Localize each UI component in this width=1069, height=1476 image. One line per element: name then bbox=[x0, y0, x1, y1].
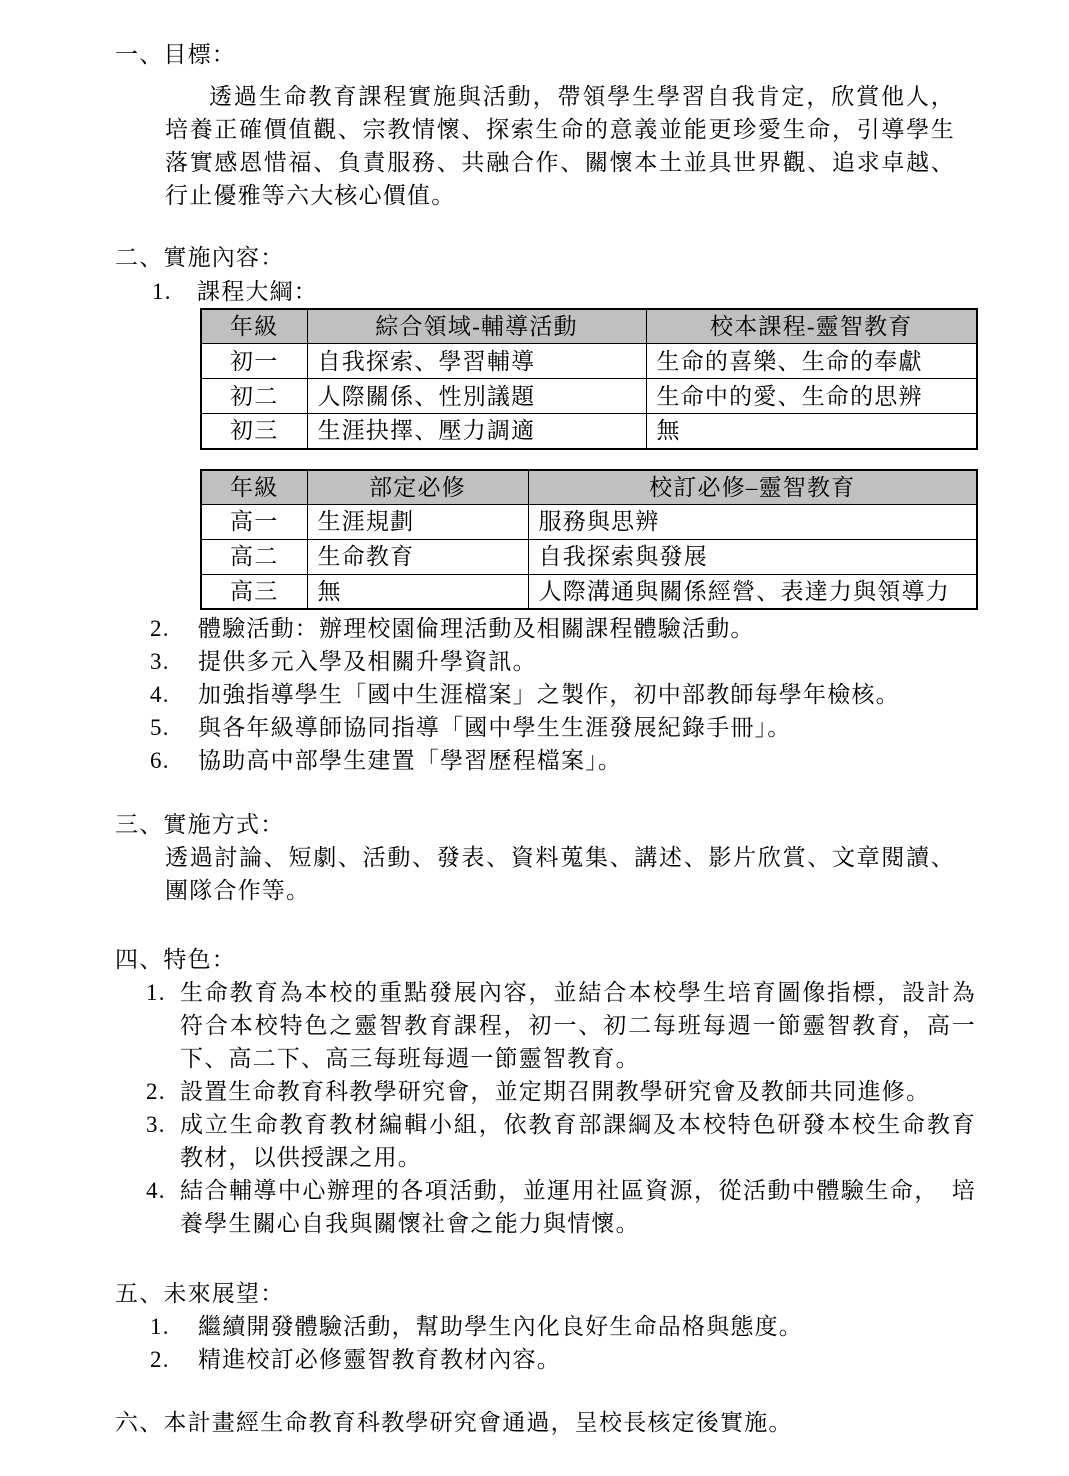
list-number: 1. bbox=[150, 1310, 198, 1343]
list-item: 1.繼續開發體驗活動，幫助學生內化良好生命品格與態度。 bbox=[150, 1310, 1069, 1343]
list-item-text: 加強指導學生「國中生涯檔案」之製作，初中部教師每學年檢核。 bbox=[198, 682, 900, 707]
table-row: 高三 無 人際溝通與關係經營、表達力與領導力 bbox=[201, 574, 977, 609]
list-number: 4. bbox=[150, 678, 198, 711]
list-item: 1.生命教育為本校的重點發展內容，並結合本校學生培育圖像指標，設計為符合本校特色… bbox=[180, 976, 976, 1075]
curriculum-table-senior: 年級 部定必修 校訂必修–靈智教育 高一 生涯規劃 服務與思辨 高二 生命教育 … bbox=[200, 469, 978, 611]
header-cell-school-required: 校訂必修–靈智教育 bbox=[528, 470, 977, 505]
table-row: 初三 生涯抉擇、壓力調適 無 bbox=[201, 414, 977, 449]
cell-domain: 生涯抉擇、壓力調適 bbox=[307, 414, 646, 449]
cell-course: 生命的喜樂、生命的奉獻 bbox=[646, 344, 977, 379]
list-number: 6. bbox=[150, 744, 198, 777]
list-item-text: 成立生命教育教材編輯小組，依教育部課綱及本校特色研發本校生命教育教材，以供授課之… bbox=[180, 1112, 976, 1170]
section-future-heading: 五、未來展望： bbox=[115, 1277, 1069, 1310]
list-item-text: 提供多元入學及相關升學資訊。 bbox=[198, 649, 537, 674]
list-item-text: 設置生命教育科教學研究會，並定期召開教學研究會及教師共同進修。 bbox=[180, 1079, 930, 1104]
section-method-heading: 三、實施方式： bbox=[115, 808, 1069, 841]
cell-grade: 高三 bbox=[201, 574, 307, 609]
section-goal-body: 透過生命教育課程實施與活動，帶領學生學習自我肯定，欣賞他人，培養正確價值觀、宗教… bbox=[165, 80, 955, 212]
list-number: 2. bbox=[150, 612, 198, 645]
cell-grade: 高二 bbox=[201, 539, 307, 574]
list-item-text: 與各年級導師協同指導「國中學生生涯發展紀錄手冊」。 bbox=[198, 715, 792, 740]
list-item: 2.精進校訂必修靈智教育教材內容。 bbox=[150, 1343, 1069, 1376]
cell-domain: 自我探索、學習輔導 bbox=[307, 344, 646, 379]
curriculum-outline-label: 課程大綱： bbox=[197, 279, 318, 304]
header-cell-grade: 年級 bbox=[201, 470, 307, 505]
cell-grade: 高一 bbox=[201, 504, 307, 539]
cell-school-required: 人際溝通與關係經營、表達力與領導力 bbox=[528, 574, 977, 609]
curriculum-outline-item: 1.課程大綱： bbox=[152, 275, 1069, 308]
list-item-text: 結合輔導中心辦理的各項活動，並運用社區資源，從活動中體驗生命， 培養學生關心自我… bbox=[180, 1178, 976, 1236]
table-row: 高二 生命教育 自我探索與發展 bbox=[201, 539, 977, 574]
list-item: 4.結合輔導中心辦理的各項活動，並運用社區資源，從活動中體驗生命， 培養學生關心… bbox=[180, 1174, 976, 1240]
cell-grade: 初一 bbox=[201, 344, 307, 379]
table-row: 初一 自我探索、學習輔導 生命的喜樂、生命的奉獻 bbox=[201, 344, 977, 379]
list-number: 1. bbox=[152, 275, 197, 308]
header-cell-grade: 年級 bbox=[201, 309, 307, 344]
document-page: 一、目標： 透過生命教育課程實施與活動，帶領學生學習自我肯定，欣賞他人，培養正確… bbox=[0, 0, 1069, 1476]
list-item-text: 精進校訂必修靈智教育教材內容。 bbox=[198, 1347, 561, 1372]
cell-domain: 人際關係、性別議題 bbox=[307, 379, 646, 414]
list-number: 5. bbox=[150, 711, 198, 744]
list-item-text: 生命教育為本校的重點發展內容，並結合本校學生培育圖像指標，設計為符合本校特色之靈… bbox=[180, 980, 976, 1071]
list-item: 5.與各年級導師協同指導「國中學生生涯發展紀錄手冊」。 bbox=[150, 711, 1069, 744]
header-cell-ministry-required: 部定必修 bbox=[307, 470, 528, 505]
list-number: 3. bbox=[150, 645, 198, 678]
implementation-items: 2.體驗活動：辦理校園倫理活動及相關課程體驗活動。 3.提供多元入學及相關升學資… bbox=[0, 612, 1069, 777]
features-items: 1.生命教育為本校的重點發展內容，並結合本校學生培育圖像指標，設計為符合本校特色… bbox=[0, 976, 1069, 1240]
list-item-text: 體驗活動：辦理校園倫理活動及相關課程體驗活動。 bbox=[198, 616, 755, 641]
header-cell-integrated-domain: 綜合領域-輔導活動 bbox=[307, 309, 646, 344]
curriculum-table-junior: 年級 綜合領域-輔導活動 校本課程-靈智教育 初一 自我探索、學習輔導 生命的喜… bbox=[200, 308, 978, 450]
table-row: 高一 生涯規劃 服務與思辨 bbox=[201, 504, 977, 539]
list-number: 1. bbox=[146, 976, 166, 1009]
list-item: 3.成立生命教育教材編輯小組，依教育部課綱及本校特色研發本校生命教育教材，以供授… bbox=[180, 1108, 976, 1174]
cell-course: 無 bbox=[646, 414, 977, 449]
cell-grade: 初二 bbox=[201, 379, 307, 414]
section-goal-heading: 一、目標： bbox=[115, 38, 1069, 71]
cell-required: 生涯規劃 bbox=[307, 504, 528, 539]
list-item-text: 繼續開發體驗活動，幫助學生內化良好生命品格與態度。 bbox=[198, 1314, 803, 1339]
table-header-row: 年級 綜合領域-輔導活動 校本課程-靈智教育 bbox=[201, 309, 977, 344]
list-item: 2.體驗活動：辦理校園倫理活動及相關課程體驗活動。 bbox=[150, 612, 1069, 645]
list-item: 3.提供多元入學及相關升學資訊。 bbox=[150, 645, 1069, 678]
future-items: 1.繼續開發體驗活動，幫助學生內化良好生命品格與態度。 2.精進校訂必修靈智教育… bbox=[0, 1310, 1069, 1376]
list-number: 2. bbox=[146, 1075, 166, 1108]
cell-school-required: 自我探索與發展 bbox=[528, 539, 977, 574]
list-item: 2.設置生命教育科教學研究會，並定期召開教學研究會及教師共同進修。 bbox=[180, 1075, 976, 1108]
section-closing: 六、本計畫經生命教育科教學研究會通過，呈校長核定後實施。 bbox=[115, 1406, 1069, 1439]
cell-course: 生命中的愛、生命的思辨 bbox=[646, 379, 977, 414]
table-header-row: 年級 部定必修 校訂必修–靈智教育 bbox=[201, 470, 977, 505]
cell-grade: 初三 bbox=[201, 414, 307, 449]
list-number: 3. bbox=[146, 1108, 166, 1141]
section-features-heading: 四、特色： bbox=[115, 943, 1069, 976]
list-item: 6.協助高中部學生建置「學習歷程檔案」。 bbox=[150, 744, 1069, 777]
table-row: 初二 人際關係、性別議題 生命中的愛、生命的思辨 bbox=[201, 379, 977, 414]
section-implementation-heading: 二、實施內容： bbox=[115, 241, 1069, 274]
cell-required: 無 bbox=[307, 574, 528, 609]
list-number: 2. bbox=[150, 1343, 198, 1376]
section-method-body: 透過討論、短劇、活動、發表、資料蒐集、講述、影片欣賞、文章閱讀、團隊合作等。 bbox=[165, 841, 955, 907]
list-item-text: 協助高中部學生建置「學習歷程檔案」。 bbox=[198, 748, 622, 773]
cell-required: 生命教育 bbox=[307, 539, 528, 574]
list-item: 4.加強指導學生「國中生涯檔案」之製作，初中部教師每學年檢核。 bbox=[150, 678, 1069, 711]
list-number: 4. bbox=[146, 1174, 166, 1207]
cell-school-required: 服務與思辨 bbox=[528, 504, 977, 539]
header-cell-school-course: 校本課程-靈智教育 bbox=[646, 309, 977, 344]
